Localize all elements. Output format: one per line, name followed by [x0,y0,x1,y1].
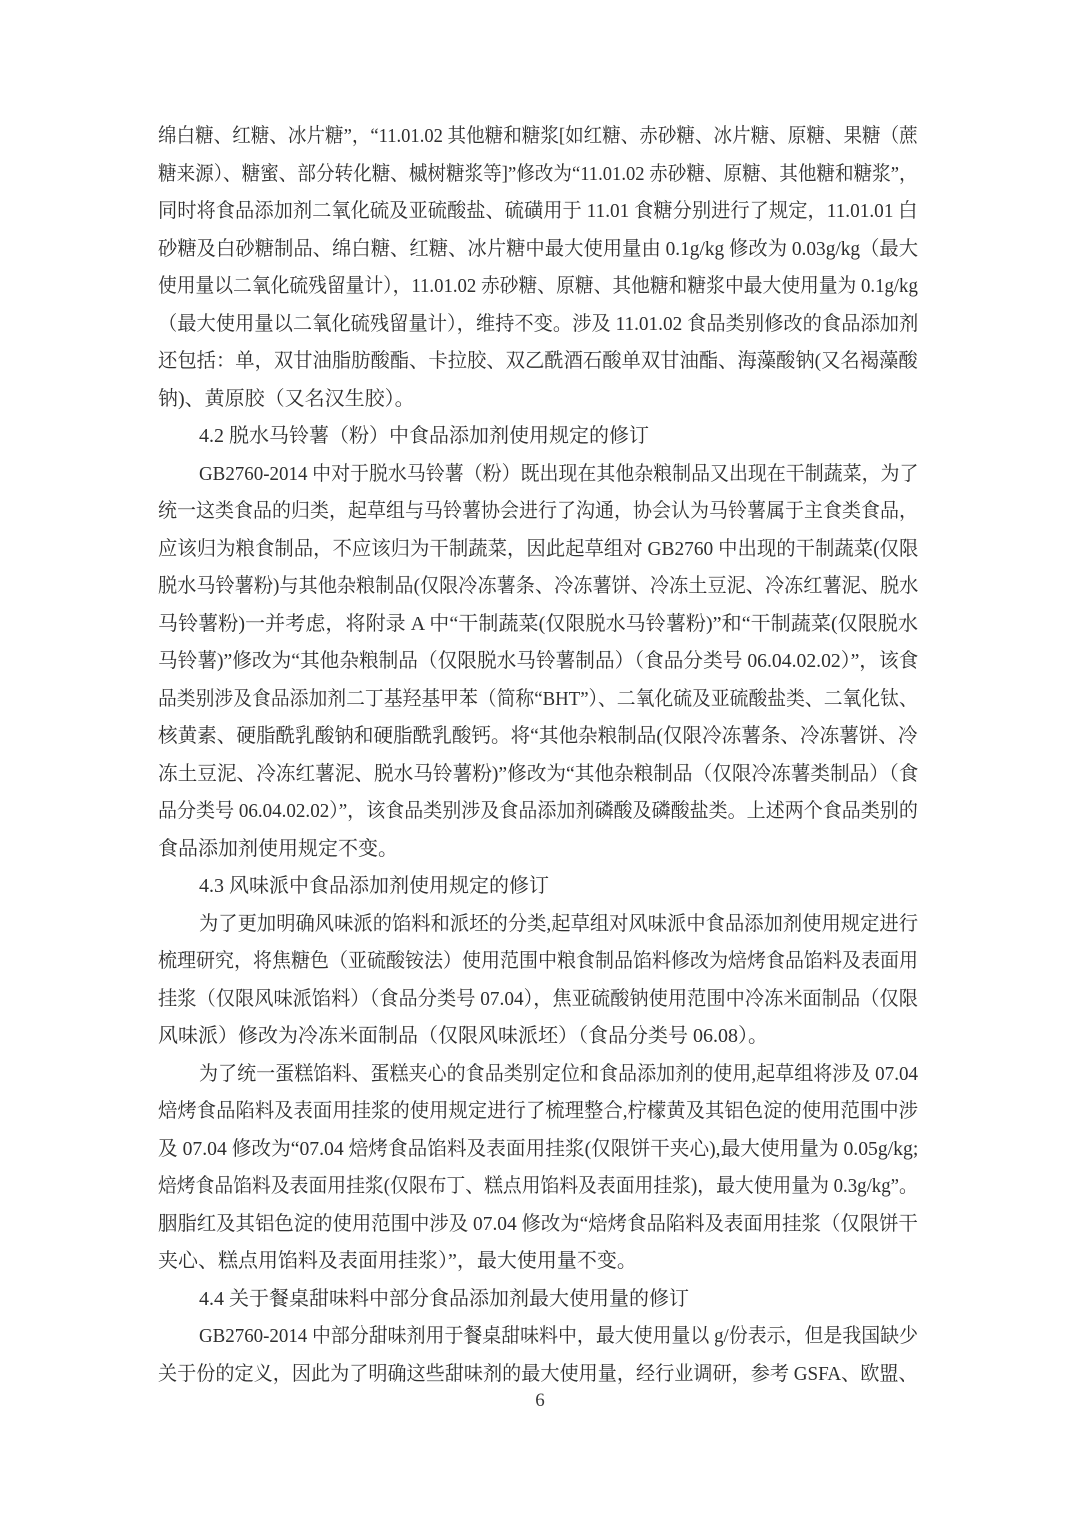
section-heading-4-2: 4.2 脱水马铃薯（粉）中食品添加剂使用规定的修订 [158,418,918,456]
body-line: 焙烤食品陷料及表面用挂浆的使用规定进行了梳理整合,柠檬黄及其铝色淀的使用范围中涉 [158,1093,918,1131]
body-line: 及 07.04 修改为“07.04 焙烤食品馅料及表面用挂浆(仅限饼干夹心),最… [158,1131,918,1169]
body-line: 风味派）修改为冷冻米面制品（仅限风味派坯）（食品分类号 06.08）。 [158,1018,918,1056]
body-line: 关于份的定义，因此为了明确这些甜味剂的最大使用量，经行业调研，参考 GSFA、欧… [158,1356,918,1394]
body-line: 为了统一蛋糕馅料、蛋糕夹心的食品类别定位和食品添加剂的使用,起草组将涉及 07.… [158,1056,918,1094]
body-line: 挂浆（仅限风味派馅料）（食品分类号 07.04），焦亚硫酸钠使用范围中冷冻米面制… [158,981,918,1019]
body-line: 为了更加明确风味派的馅料和派坯的分类,起草组对风味派中食品添加剂使用规定进行 [158,906,918,944]
body-line: 焙烤食品馅料及表面用挂浆(仅限布丁、糕点用馅料及表面用挂浆)，最大使用量为 0.… [158,1168,918,1206]
body-line: 应该归为粮食制品，不应该归为干制蔬菜，因此起草组对 GB2760 中出现的干制蔬… [158,531,918,569]
body-line: 马铃薯)”修改为“其他杂粮制品（仅限脱水马铃薯制品）（食品分类号 06.04.0… [158,643,918,681]
body-line: 食品添加剂使用规定不变。 [158,831,918,869]
body-line: 绵白糖、红糖、冰片糖”，“11.01.02 其他糖和糖浆[如红糖、赤砂糖、冰片糖… [158,118,918,156]
section-heading-4-4: 4.4 关于餐桌甜味料中部分食品添加剂最大使用量的修订 [158,1281,918,1319]
body-line: 使用量以二氧化硫残留量计），11.01.02 赤砂糖、原糖、其他糖和糖浆中最大使… [158,268,918,306]
body-line: 品分类号 06.04.02.02）”，该食品类别涉及食品添加剂磷酸及磷酸盐类。上… [158,793,918,831]
body-line: 梳理研究，将焦糖色（亚硫酸铵法）使用范围中粮食制品馅料修改为焙烤食品馅料及表面用 [158,943,918,981]
body-line: 砂糖及白砂糖制品、绵白糖、红糖、冰片糖中最大使用量由 0.1g/kg 修改为 0… [158,231,918,269]
page-number: 6 [0,1390,1080,1412]
body-line: 夹心、糕点用馅料及表面用挂浆）”，最大使用量不变。 [158,1243,918,1281]
body-line: 核黄素、硬脂酰乳酸钠和硬脂酰乳酸钙。将“其他杂粮制品(仅限冷冻薯条、冷冻薯饼、冷 [158,718,918,756]
body-line: 品类别涉及食品添加剂二丁基羟基甲苯（简称“BHT”）、二氧化硫及亚硫酸盐类、二氧… [158,681,918,719]
section-heading-4-3: 4.3 风味派中食品添加剂使用规定的修订 [158,868,918,906]
body-line: 钠)、黄原胶（又名汉生胶）。 [158,381,918,419]
document-page: 绵白糖、红糖、冰片糖”，“11.01.02 其他糖和糖浆[如红糖、赤砂糖、冰片糖… [0,0,1080,1527]
body-line: GB2760-2014 中部分甜味剂用于餐桌甜味料中，最大使用量以 g/份表示，… [158,1318,918,1356]
body-line: GB2760-2014 中对于脱水马铃薯（粉）既出现在其他杂粮制品又出现在干制蔬… [158,456,918,494]
body-line: 脱水马铃薯粉)与其他杂粮制品(仅限冷冻薯条、冷冻薯饼、冷冻土豆泥、冷冻红薯泥、脱… [158,568,918,606]
body-line: （最大使用量以二氧化硫残留量计），维持不变。涉及 11.01.02 食品类别修改… [158,306,918,344]
document-body: 绵白糖、红糖、冰片糖”，“11.01.02 其他糖和糖浆[如红糖、赤砂糖、冰片糖… [158,118,918,1393]
body-line: 胭脂红及其铝色淀的使用范围中涉及 07.04 修改为“焙烤食品陷料及表面用挂浆（… [158,1206,918,1244]
body-line: 马铃薯粉)一并考虑，将附录 A 中“干制蔬菜(仅限脱水马铃薯粉)”和“干制蔬菜(… [158,606,918,644]
body-line: 冻土豆泥、冷冻红薯泥、脱水马铃薯粉)”修改为“其他杂粮制品（仅限冷冻薯类制品）（… [158,756,918,794]
body-line: 统一这类食品的归类，起草组与马铃薯协会进行了沟通，协会认为马铃薯属于主食类食品， [158,493,918,531]
body-line: 还包括：单，双甘油脂肪酸酯、卡拉胶、双乙酰酒石酸单双甘油酯、海藻酸钠(又名褐藻酸 [158,343,918,381]
body-line: 同时将食品添加剂二氧化硫及亚硫酸盐、硫磺用于 11.01 食糖分别进行了规定，1… [158,193,918,231]
body-line: 糖来源）、糖蜜、部分转化糖、槭树糖浆等]”修改为“11.01.02 赤砂糖、原糖… [158,156,918,194]
